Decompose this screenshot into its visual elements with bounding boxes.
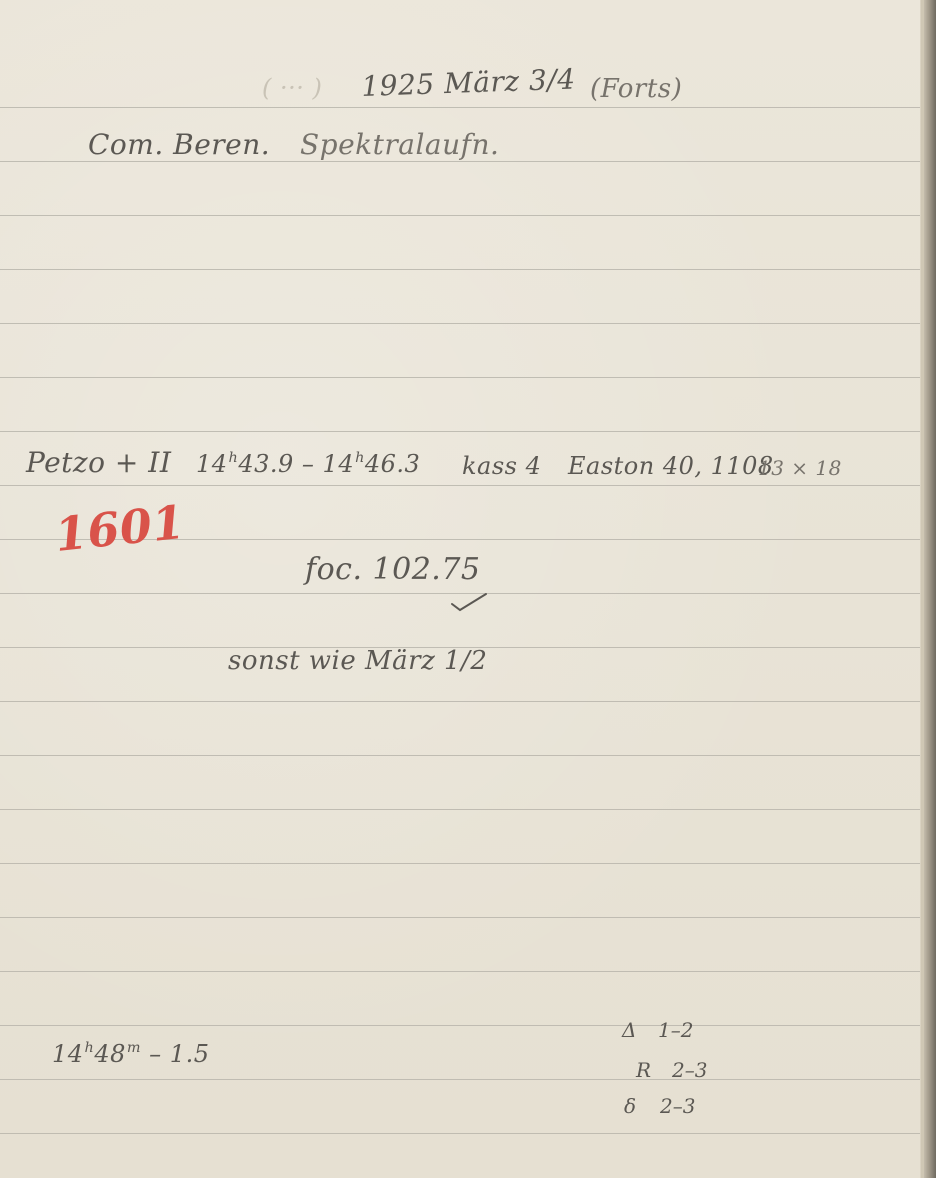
ruled-line — [0, 323, 920, 324]
rating-symbol: R — [636, 1058, 672, 1082]
start-hours: 14 — [196, 450, 228, 478]
ruled-line — [0, 1133, 920, 1134]
rating-row: R2–3 — [636, 1058, 707, 1082]
ruled-line — [0, 809, 920, 810]
ruled-line — [0, 215, 920, 216]
ruled-line — [0, 107, 920, 108]
ruled-line — [0, 1079, 920, 1080]
footer-value: – 1.5 — [149, 1040, 209, 1068]
footer-time: 14h48m – 1.5 — [52, 1040, 209, 1068]
rating-value: 2–3 — [672, 1058, 707, 1082]
rating-value: 1–2 — [658, 1018, 693, 1042]
target-text: Petzo + II — [26, 446, 171, 479]
ruled-line — [0, 971, 920, 972]
plate-type: Easton 40, 1108 — [568, 452, 774, 480]
ruled-line — [0, 431, 920, 432]
footer-hours: 14 — [52, 1040, 84, 1068]
ruled-line — [0, 701, 920, 702]
rating-row: δ2–3 — [624, 1094, 695, 1118]
rating-symbol: δ — [624, 1094, 660, 1118]
cassette-label: kass 4 — [462, 452, 541, 480]
ruled-line — [0, 161, 920, 162]
ruled-line — [0, 269, 920, 270]
ruled-line — [0, 917, 920, 918]
target-label: Petzo + II — [26, 446, 171, 479]
checkmark-icon — [450, 590, 490, 614]
comet-name: Com. Beren. — [88, 128, 270, 161]
rating-value: 2–3 — [660, 1094, 695, 1118]
focus-value: foc. 102.75 — [305, 552, 481, 587]
erased-parenthetical: ( ··· ) — [262, 74, 322, 102]
ruled-line — [0, 1025, 920, 1026]
end-minutes: 46.3 — [365, 450, 420, 478]
ruled-line — [0, 485, 920, 486]
plate-number-red: 1601 — [52, 495, 187, 562]
header-continuation: (Forts) — [590, 74, 682, 104]
note-same-as-march: sonst wie März 1/2 — [228, 646, 487, 676]
exposure-time-range: 14h43.9 – 14h46.3 — [196, 450, 420, 478]
spectral-exposure-label: Spektralaufn. — [300, 128, 499, 161]
ruled-line — [0, 377, 920, 378]
start-minutes: 43.9 — [238, 450, 293, 478]
notebook-page: ( ··· ) 1925 März 3/4 (Forts) Com. Beren… — [0, 0, 936, 1178]
header-date: 1925 März 3/4 — [361, 63, 576, 103]
end-hours: 14 — [323, 450, 355, 478]
footer-minutes: 48 — [94, 1040, 126, 1068]
rating-row: Δ1–2 — [622, 1018, 693, 1042]
page-edge-highlight — [921, 0, 924, 1178]
ruled-line — [0, 755, 920, 756]
plate-size: 13 × 18 — [758, 456, 842, 480]
ruled-line — [0, 863, 920, 864]
rating-symbol: Δ — [622, 1018, 658, 1042]
